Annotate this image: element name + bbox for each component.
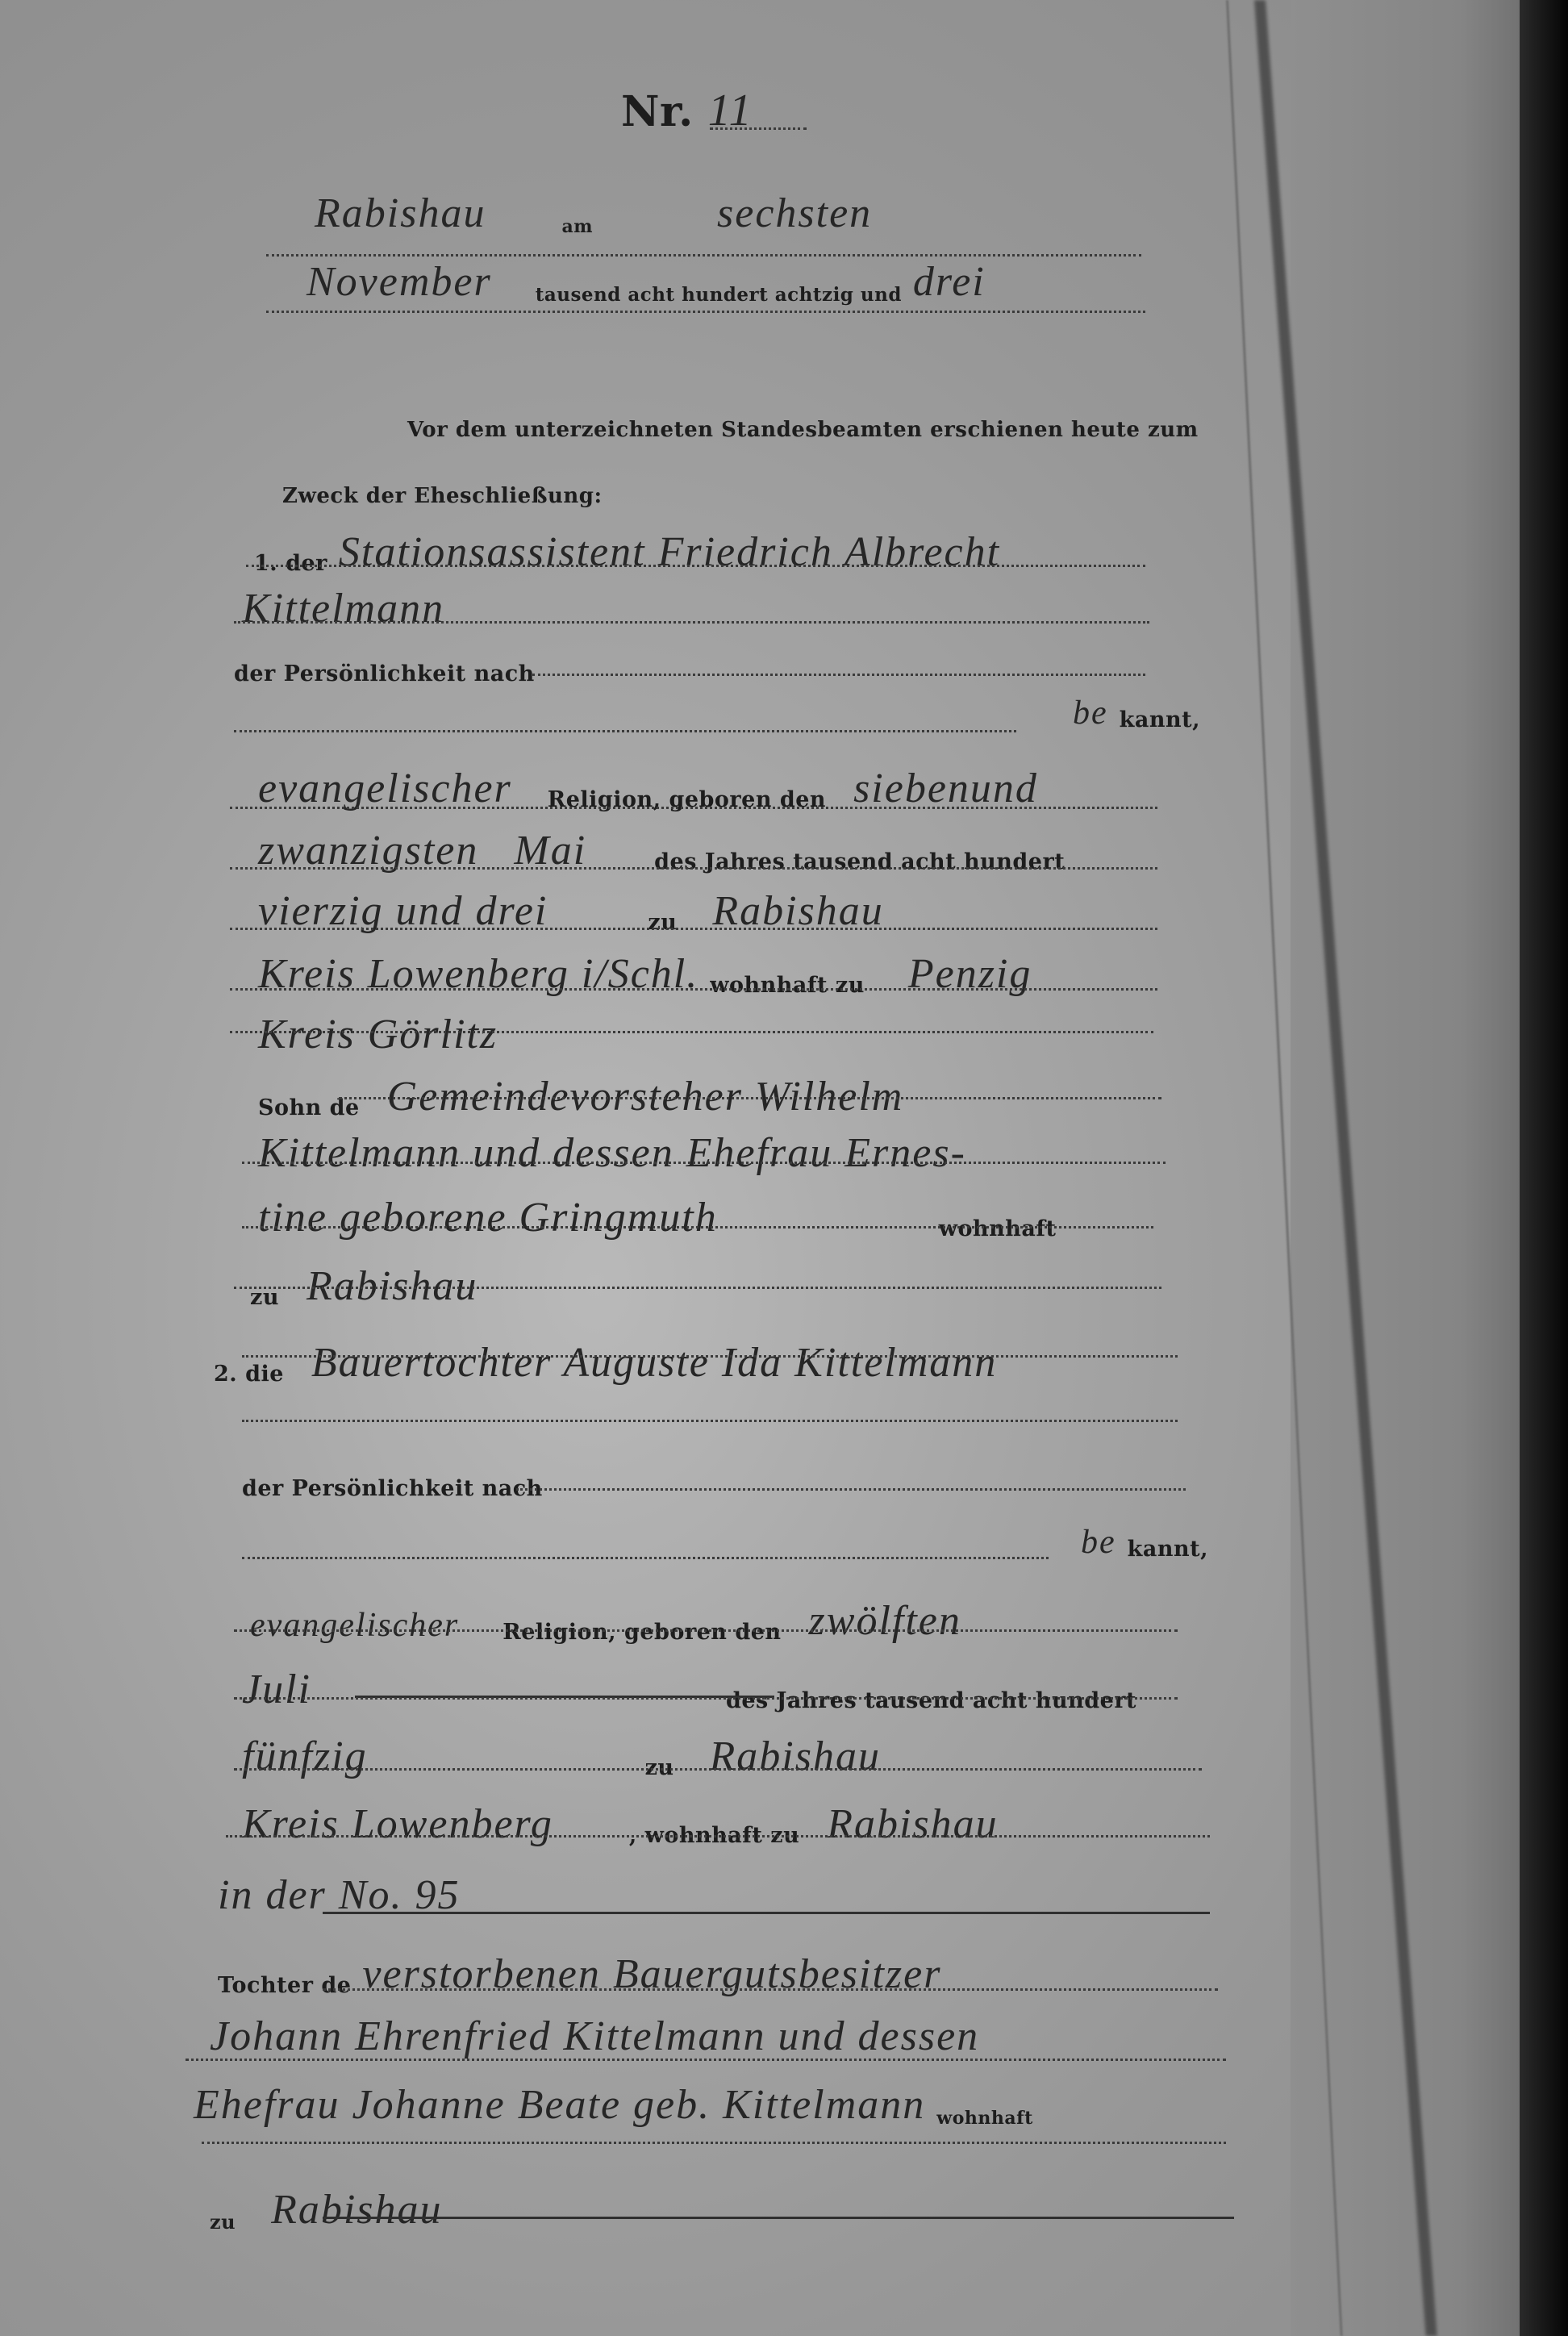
bride-known-hand: be (1081, 1523, 1116, 1562)
groom-religion-hand: evangelischer (258, 765, 512, 812)
groom-rule-12 (242, 1226, 1153, 1228)
groom-birth-district: Kreis Lowenberg i/Schl. (258, 950, 699, 998)
bride-religion-hand: evangelischer (250, 1606, 459, 1645)
intro-text-1: Vor dem unterzeichneten Standesbeamten e… (407, 418, 1199, 442)
bride-birth-year: fünfzig (242, 1733, 368, 1780)
header-day: sechsten (717, 190, 872, 237)
header-year-hand: drei (913, 258, 986, 306)
groom-known-printed: kannt, (1120, 707, 1200, 732)
bride-rule-4 (242, 1557, 1049, 1559)
header-place: Rabishau (315, 190, 486, 237)
groom-line-2: Kittelmann (242, 585, 444, 632)
bride-birthplace-line: fünfzig zu Rabishau (242, 1733, 881, 1780)
bride-birthplace: Rabishau (710, 1733, 881, 1780)
header-date-line-1: Rabishau am sechsten (315, 190, 872, 237)
bride-index-label: 2. die (214, 1362, 284, 1387)
bride-religion-label: Religion, geboren den (503, 1620, 781, 1645)
scan-black-border (1520, 0, 1568, 2336)
groom-parents-line-3: tine geborene Gringmuth wohnhaft (258, 1194, 1057, 1241)
bride-occupation-name: Bauertochter Auguste Ida Kittelmann (311, 1339, 997, 1387)
bride-year-label: des Jahres tausend acht hundert (726, 1688, 1136, 1713)
groom-zu-label: zu (648, 910, 677, 935)
header-am-label: am (561, 216, 593, 237)
bride-known-line: be kannt, (1081, 1523, 1208, 1562)
groom-known-line: be kannt, (1073, 694, 1200, 732)
record-number-label: Nr. (621, 87, 694, 136)
groom-rule-6 (230, 867, 1157, 870)
bride-birth-district: Kreis Lowenberg (242, 1800, 553, 1848)
groom-known-hand: be (1073, 694, 1108, 732)
groom-birth-day-1: siebenund (853, 765, 1038, 812)
groom-residence-district: Kreis Görlitz (258, 1011, 498, 1058)
groom-rule-13 (234, 1287, 1161, 1289)
bride-rule-3 (516, 1488, 1186, 1491)
intro-line-1: Vor dem unterzeichneten Standesbeamten e… (407, 418, 1199, 442)
groom-index-label: 1. der (254, 551, 327, 576)
groom-residence: Penzig (908, 950, 1032, 998)
bride-rule-8 (226, 1835, 1210, 1838)
groom-occupation-name: Stationsassistent Friedrich Albrecht (339, 528, 1000, 576)
bride-identity-line: der Persönlichkeit nach (242, 1476, 543, 1501)
groom-surname: Kittelmann (242, 585, 444, 632)
bride-parents-residence-label: wohnhaft (936, 2108, 1032, 2129)
groom-year-label: des Jahres tausend acht hundert (654, 849, 1065, 874)
bride-rule-9 (323, 1912, 1210, 1914)
groom-line-1: 1. der Stationsassistent Friedrich Albre… (254, 528, 1000, 576)
groom-residence-district-line: Kreis Görlitz (258, 1011, 498, 1058)
bride-parents-1: verstorbenen Bauergutsbesitzer (362, 1950, 941, 1998)
facing-page (1291, 0, 1533, 2336)
bride-identity-label: der Persönlichkeit nach (242, 1476, 543, 1501)
header-rule-1 (266, 254, 1141, 257)
bride-daughter-label: Tochter de (218, 1973, 351, 1998)
bride-line-1: 2. die Bauertochter Auguste Ida Kittelma… (214, 1339, 997, 1387)
bride-rule-10 (323, 1988, 1218, 1991)
groom-parents-line-2: Kittelmann und dessen Ehefrau Ernes- (258, 1129, 966, 1177)
bride-parents-residence-line: zu Rabishau (210, 2186, 443, 2234)
bride-rule-5 (234, 1629, 1178, 1632)
groom-residence-line: Kreis Lowenberg i/Schl. wohnhaft zu Penz… (258, 950, 1032, 998)
bride-birth-day: zwölften (809, 1597, 961, 1645)
groom-parents-3: tine geborene Gringmuth (258, 1194, 718, 1241)
header-year-printed: tausend acht hundert achtzig und (536, 284, 902, 306)
groom-parents-2: Kittelmann und dessen Ehefrau Ernes- (258, 1129, 966, 1177)
groom-rule-3 (532, 674, 1145, 676)
bride-birth-month: Juli (242, 1666, 311, 1713)
groom-identity-label: der Persönlichkeit nach (234, 661, 535, 686)
groom-rule-7 (230, 928, 1157, 930)
bride-residence-line: Kreis Lowenberg , wohnhaft zu Rabishau (242, 1800, 999, 1848)
header-date-line-2: November tausend acht hundert achtzig un… (307, 258, 986, 306)
bride-religion-line: evangelischer Religion, geboren den zwöl… (250, 1597, 961, 1645)
bride-parents-line-1: Tochter de verstorbenen Bauergutsbesitze… (218, 1950, 941, 1998)
bride-parents-line-2: Johann Ehrenfried Kittelmann und dessen (210, 2013, 979, 2060)
header-rule-2 (266, 311, 1145, 313)
groom-parents-residence-label: wohnhaft (939, 1216, 1057, 1241)
header-month: November (307, 258, 492, 306)
groom-rule-5 (230, 807, 1157, 809)
bride-parents-line-3: Ehefrau Johanne Beate geb. Kittelmann wo… (194, 2081, 1033, 2129)
groom-rule-9 (230, 1031, 1153, 1033)
groom-rule-11 (242, 1162, 1166, 1164)
bride-rule-7 (234, 1768, 1202, 1771)
intro-line-2: Zweck der Eheschließung: (282, 484, 603, 508)
bride-birth-line: Juli des Jahres tausend acht hundert (242, 1666, 1136, 1713)
groom-religion-line: evangelischer Religion, geboren den sieb… (258, 765, 1038, 812)
groom-rule-8 (230, 988, 1157, 991)
groom-rule-1 (246, 565, 1145, 567)
bride-rule-6b (234, 1697, 1178, 1700)
bride-rule-12 (202, 2142, 1226, 2144)
bride-parents-2: Johann Ehrenfried Kittelmann und dessen (210, 2013, 979, 2060)
groom-residence-label: wohnhaft zu (710, 973, 865, 998)
bride-residence: Rabishau (827, 1800, 998, 1848)
groom-identity-line: der Persönlichkeit nach (234, 661, 535, 686)
groom-rule-2 (234, 621, 1149, 624)
bride-known-printed: kannt, (1128, 1537, 1208, 1562)
bride-parents-zu-label: zu (210, 2210, 236, 2234)
marriage-record-form: Nr. 11 Rabishau am sechsten November tau… (0, 0, 1291, 2336)
bride-parents-residence: Rabishau (271, 2186, 442, 2234)
groom-rule-4 (234, 730, 1016, 732)
bride-rule-1 (242, 1355, 1178, 1358)
record-number-rule (710, 127, 807, 130)
bride-parents-3: Ehefrau Johanne Beate geb. Kittelmann (194, 2081, 925, 2129)
groom-rule-10 (339, 1097, 1161, 1099)
bride-rule-11 (186, 2059, 1226, 2061)
bride-rule-2 (242, 1420, 1178, 1422)
intro-text-2: Zweck der Eheschließung: (282, 484, 603, 508)
bride-rule-13 (323, 2217, 1234, 2219)
